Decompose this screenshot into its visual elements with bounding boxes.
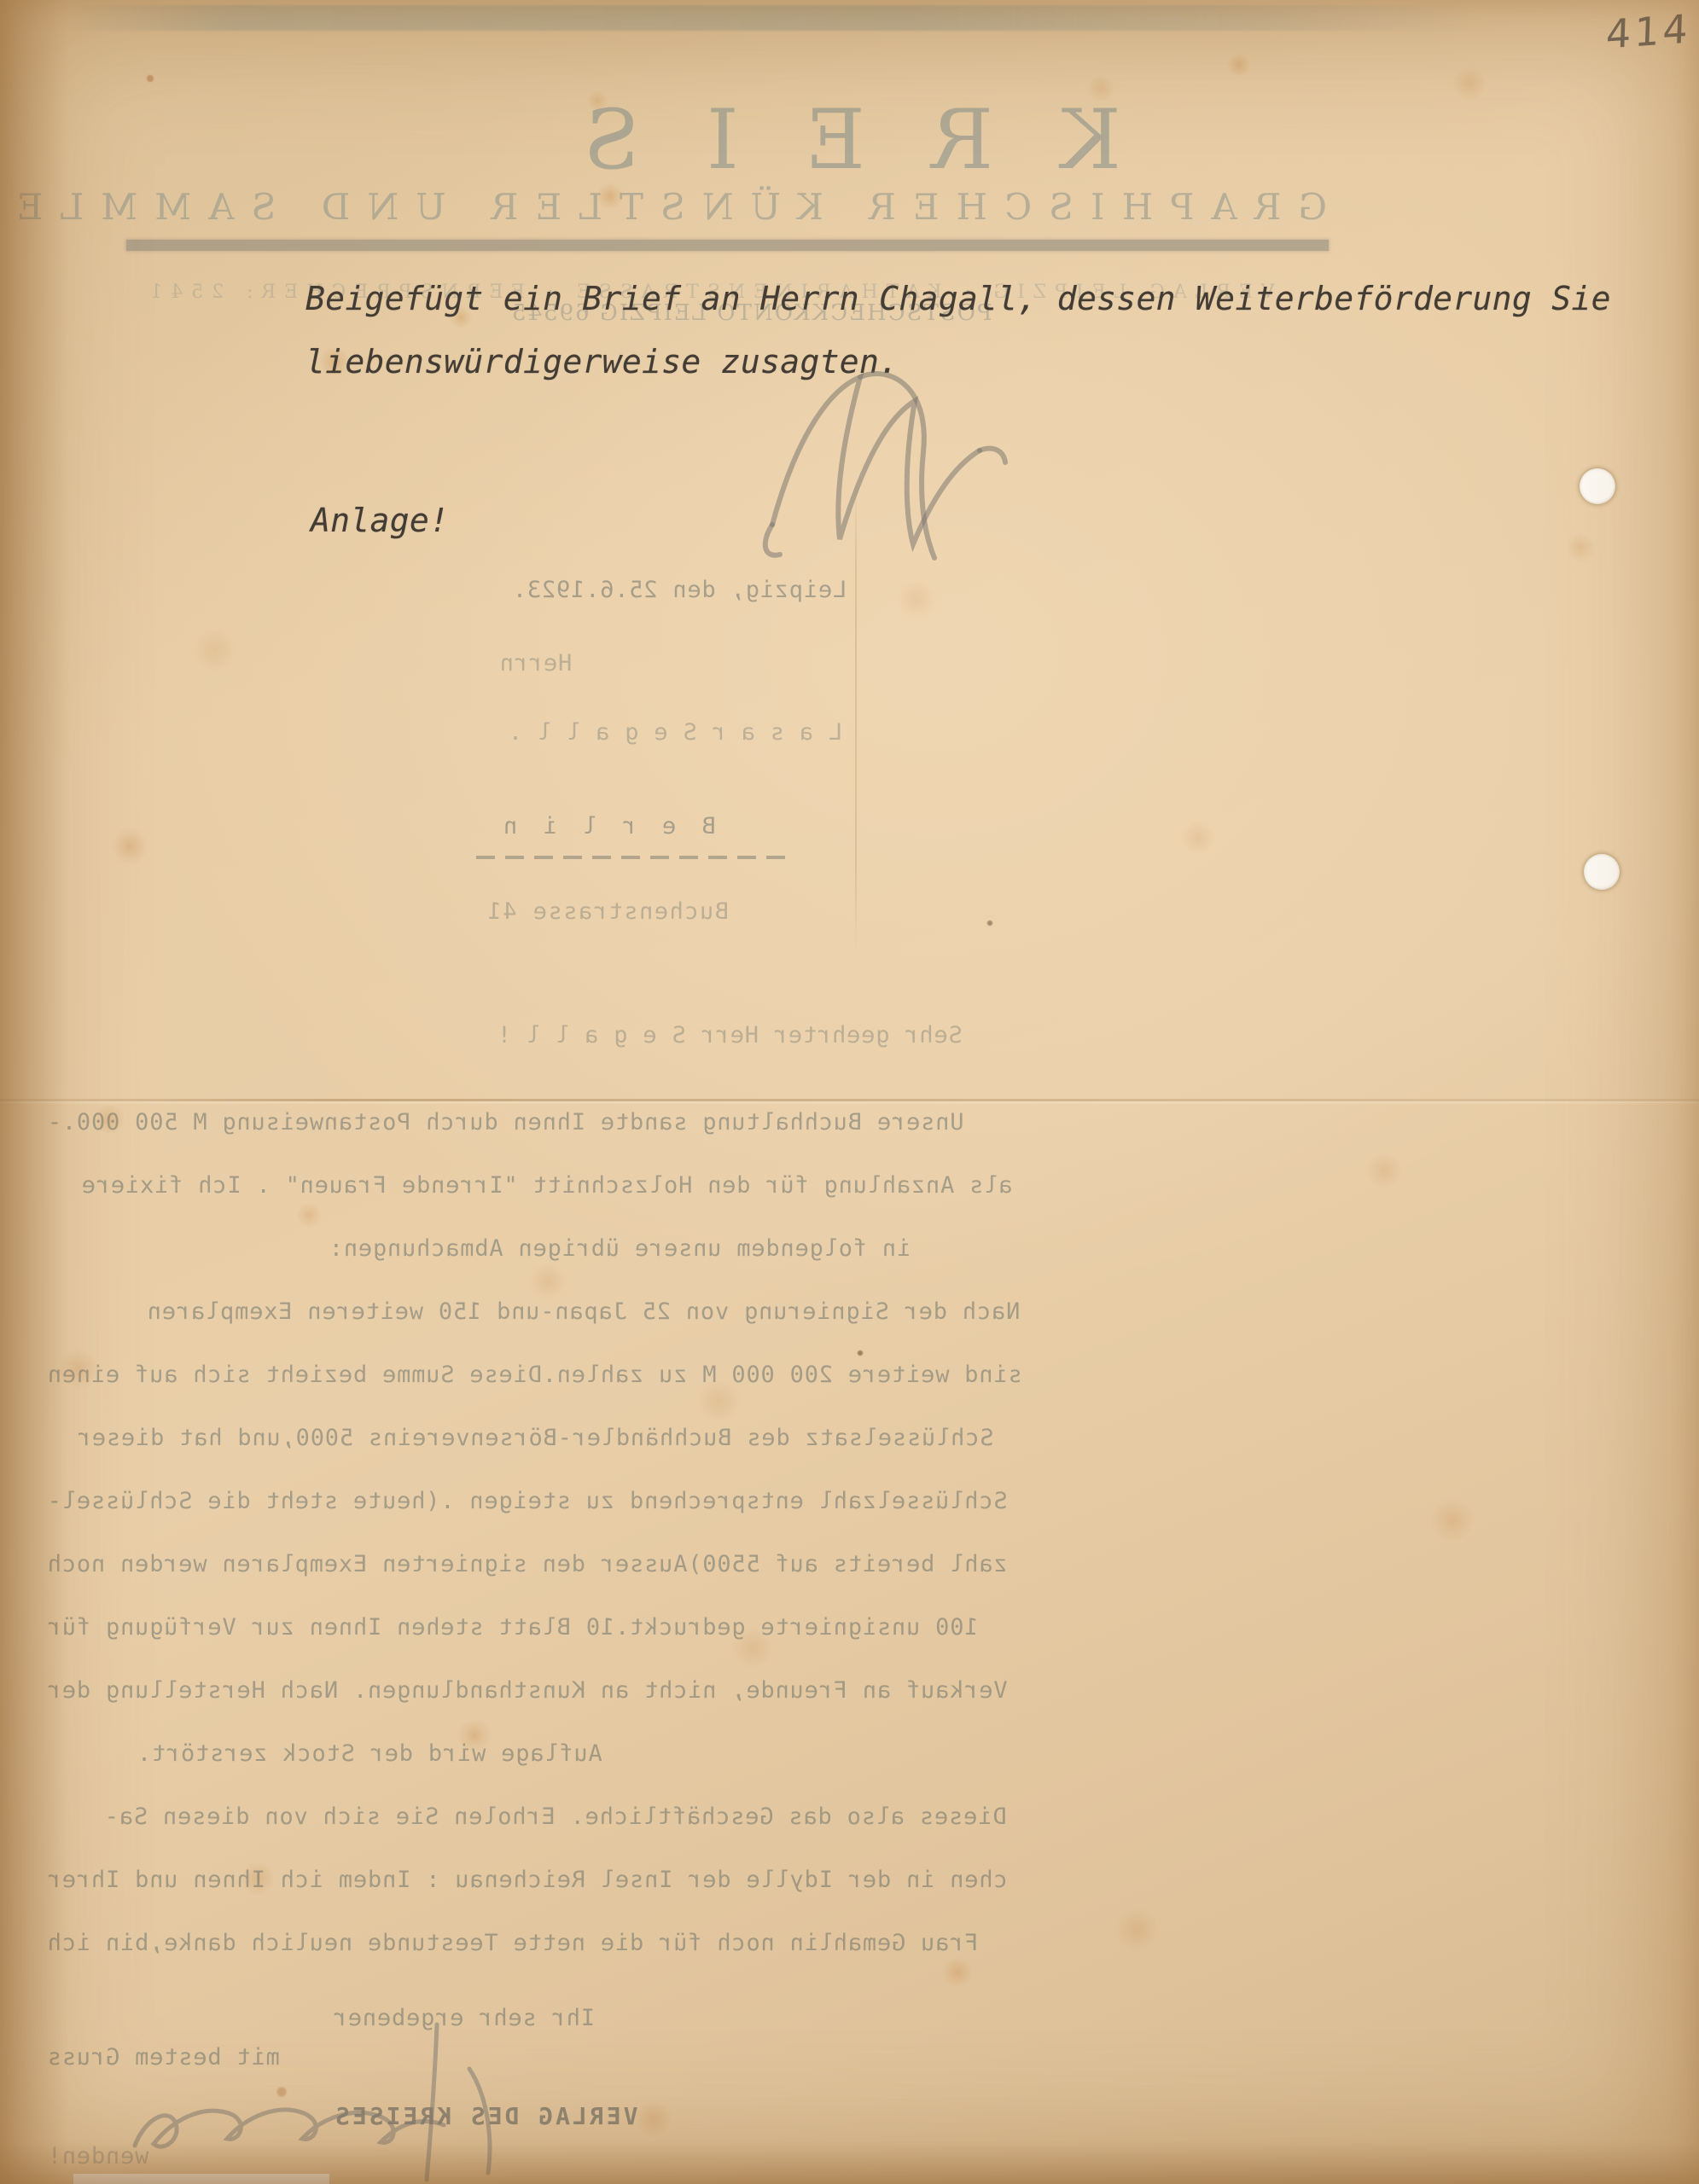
letterhead-rule-bleed <box>126 240 1329 251</box>
bleed-body-line: Verkauf an Freunde, nicht an Kunsthandlu… <box>47 1677 1008 1704</box>
bleed-dateline: Leipzig, den 25.6.1923. <box>512 577 847 603</box>
bleed-body-line: Dieses also das Geschäftliche. Erholen S… <box>104 1804 1006 1830</box>
typed-note-line-1: Beigefügt ein Brief an Herrn Chagall, de… <box>305 280 1611 317</box>
bleed-recipient-street: Buchenstrasse 41 <box>486 898 729 925</box>
bleed-body-line: 100 unsignierte gedruckt.10 Blatt stehen… <box>47 1614 979 1641</box>
scanned-letter-page: 414 KREIS GRAPHISCHER KÜNSTLER UND SAMML… <box>0 0 1699 2184</box>
bleed-body-line: als Anzahlung für den Holzschnitt "Irren… <box>81 1172 1013 1199</box>
letterhead-subtitle-bleed: GRAPHISCHER KÜNSTLER UND SAMMLER <box>90 186 1327 228</box>
fold-crease-horizontal <box>0 1099 1699 1101</box>
bleed-recipient-city: B e r l i n <box>497 813 716 839</box>
bleed-salutation: Sehr geehrter Herr S e g a l l ! <box>497 1022 963 1048</box>
scan-left-shadow <box>0 0 68 2184</box>
pencil-monogram-signature <box>751 350 1024 572</box>
bleed-body-line: chen in der Idylle der Insel Reichenau :… <box>47 1867 1008 1893</box>
bleed-recipient-name: L a s a r S e g a l l . <box>508 719 842 746</box>
letterhead-title-bleed: KREIS <box>307 92 1331 188</box>
bleed-body-line: Schlüsselsatz des Buchhändler-Börsenvere… <box>77 1425 994 1451</box>
punch-hole-top <box>1580 468 1615 504</box>
foxing-stains <box>0 0 1699 2184</box>
bleed-body-line: Frau Gemahlin noch für die nette Teestun… <box>47 1930 979 1956</box>
scan-vignette <box>0 0 1699 2184</box>
bleed-body-line: in folgendem unsere übrigen Abmachungen: <box>329 1235 911 1262</box>
archive-page-number: 414 <box>1605 5 1691 57</box>
punch-hole-bottom <box>1584 854 1620 890</box>
bleed-city-underline <box>476 856 794 859</box>
scan-bottom-shadow <box>0 2141 1699 2184</box>
bleed-body-line: Auflage wird der Stock zerstört. <box>137 1740 602 1767</box>
enclosure-note: Anlage! <box>311 502 449 539</box>
bleed-body-line: zahl bereits auf 5500)Ausser den signier… <box>47 1551 1008 1577</box>
bleed-body-line: Nach der Signierung von 25 Japan-und 150… <box>147 1298 1020 1325</box>
scan-top-edge <box>60 5 1476 31</box>
bleed-body-line: Unsere Buchhaltung sandte Ihnen durch Po… <box>47 1109 964 1136</box>
bleed-recipient-title: Herrn <box>499 650 572 677</box>
bleed-body-line: Schlüsselzahl entsprechend zu steigen .(… <box>47 1488 1008 1514</box>
bleed-body-line: sind weitere 200 000 M zu zahlen.Diese S… <box>47 1362 1022 1388</box>
